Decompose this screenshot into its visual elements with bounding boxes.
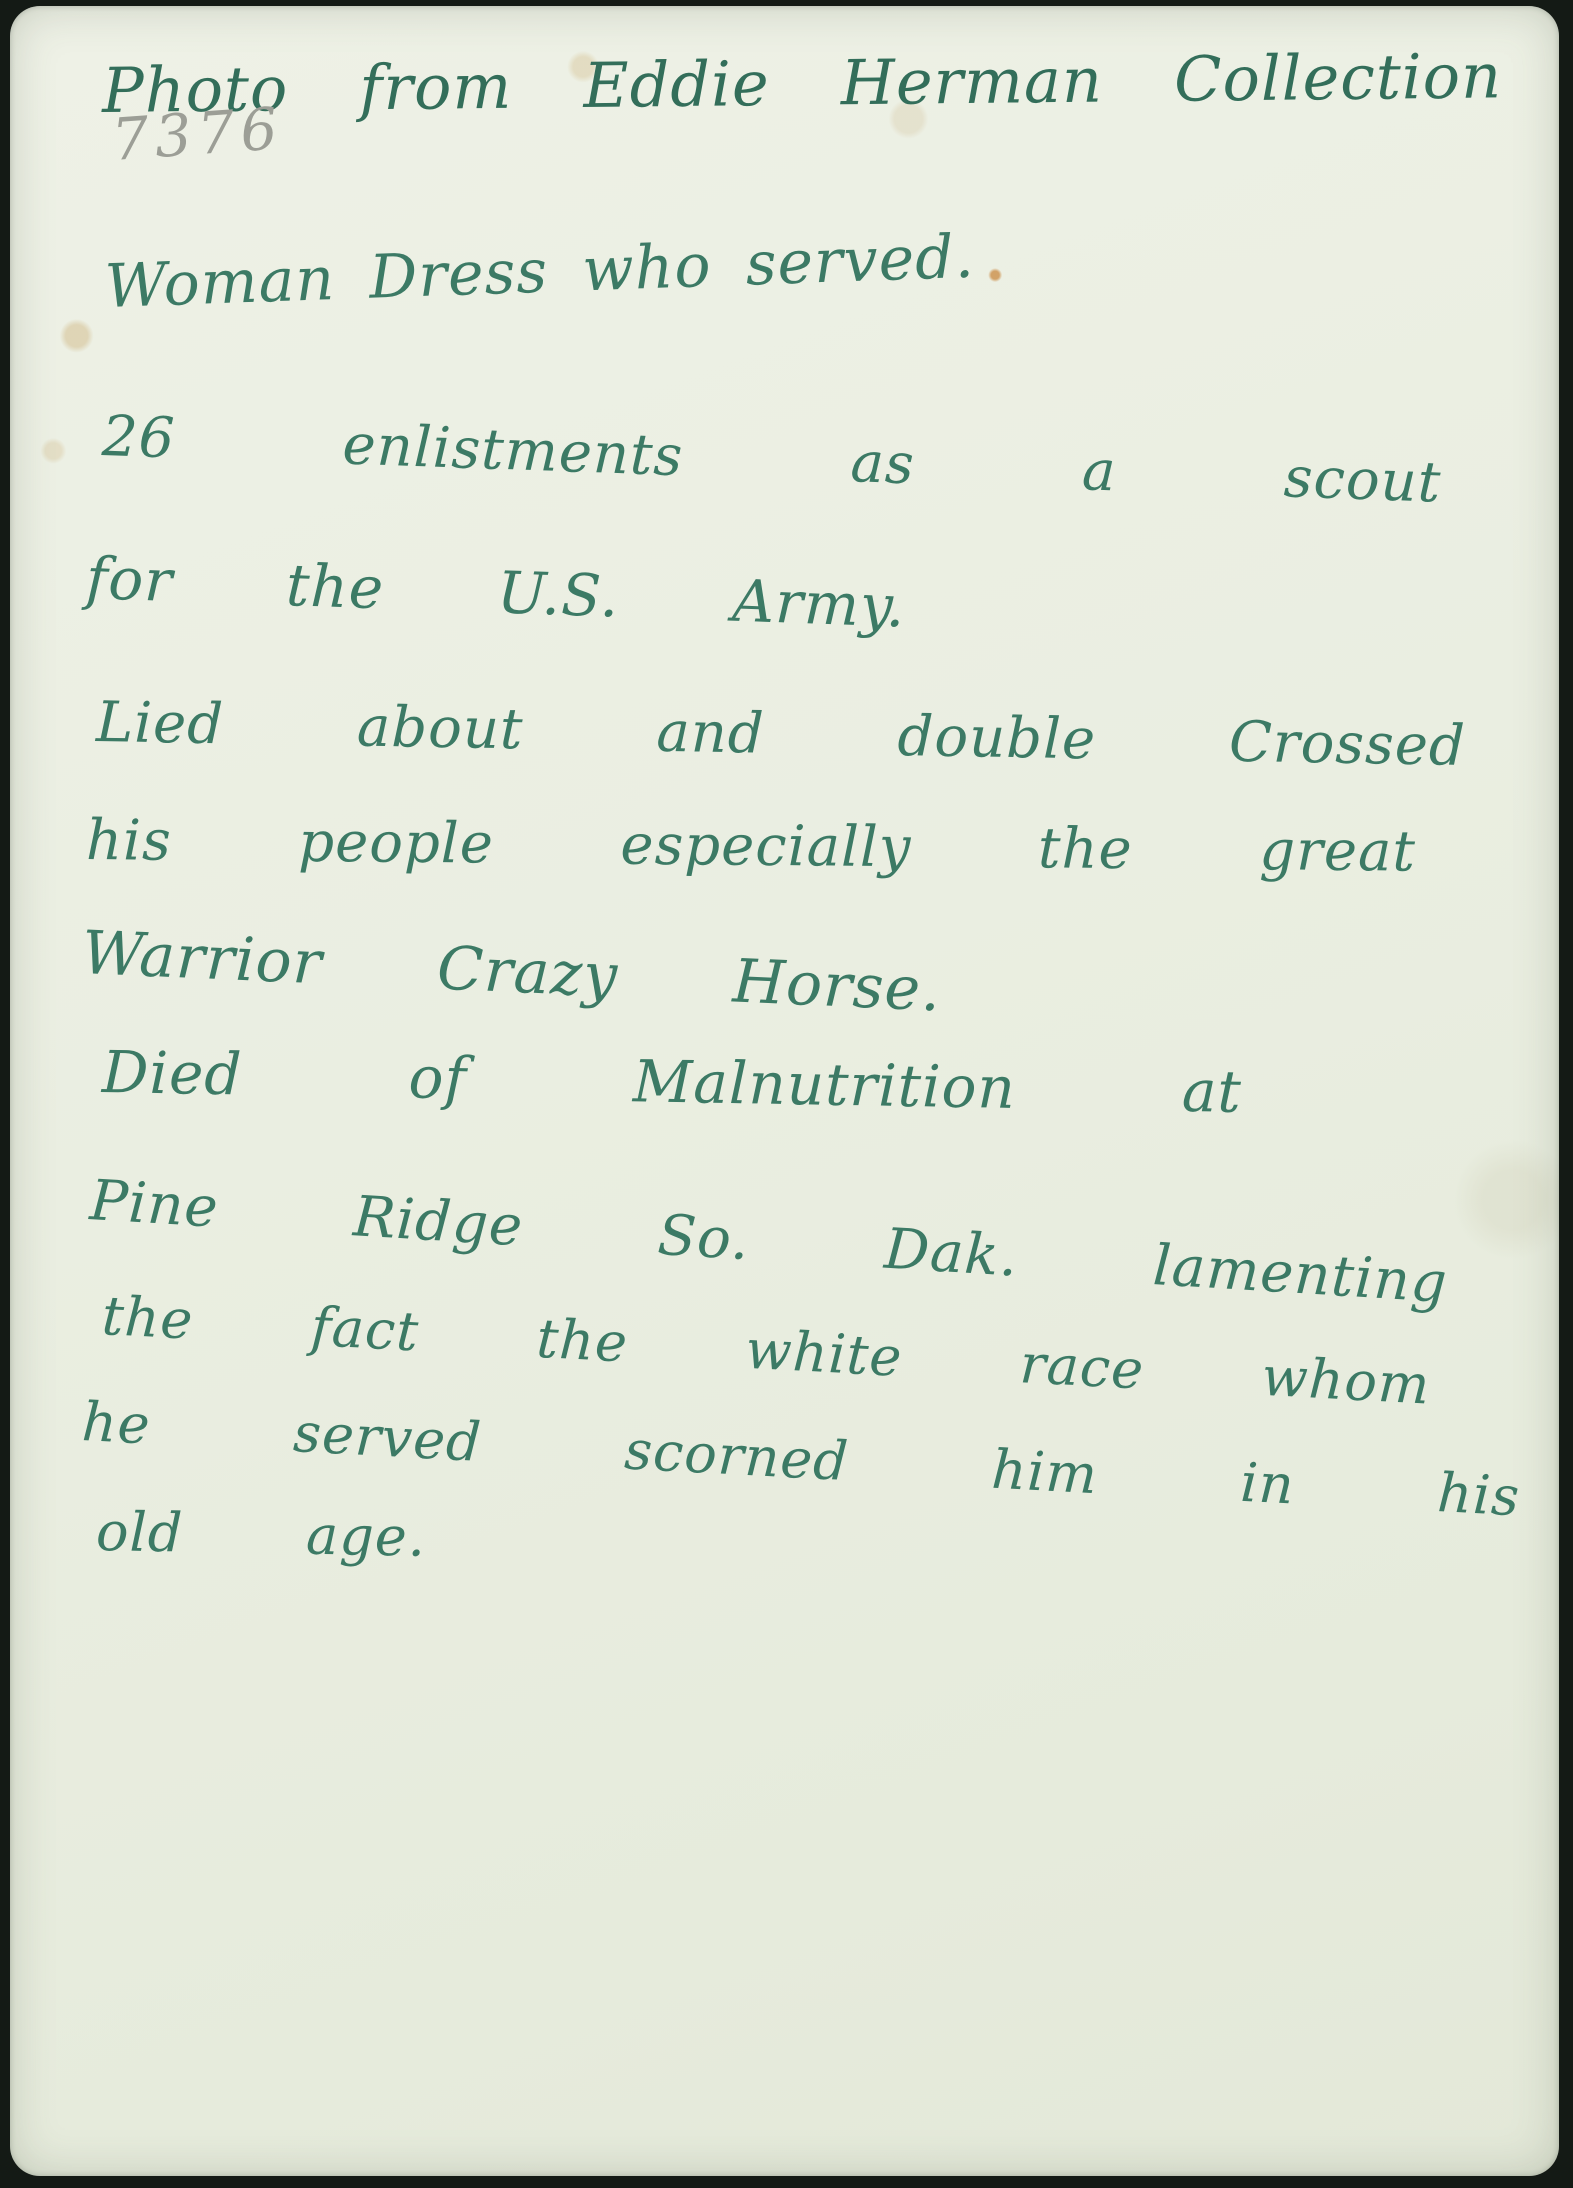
handwritten-line: his people especially the great (86, 812, 1416, 882)
handwritten-line: 26 enlistments as a scout (101, 408, 1442, 514)
handwritten-line: Pine Ridge So. Dak. lamenting (88, 1172, 1449, 1314)
handwritten-line: Died of Malnutrition at (101, 1042, 1242, 1123)
catalog-number: 7376 (110, 98, 285, 171)
handwritten-line: Lied about and double Crossed (95, 694, 1466, 777)
handwritten-line: for the U.S. Army. (85, 548, 907, 637)
handwritten-line: old age. (96, 1504, 427, 1566)
handwritten-line: the fact the white race whom (101, 1288, 1432, 1414)
handwritten-line: Woman Dress who served. (104, 226, 976, 319)
collection-credit-line: Photo from Eddie Herman Collection (102, 43, 1503, 123)
index-card: Photo from Eddie Herman Collection 7376 … (10, 6, 1559, 2176)
handwritten-line: Warrior Crazy Horse. (81, 922, 943, 1022)
